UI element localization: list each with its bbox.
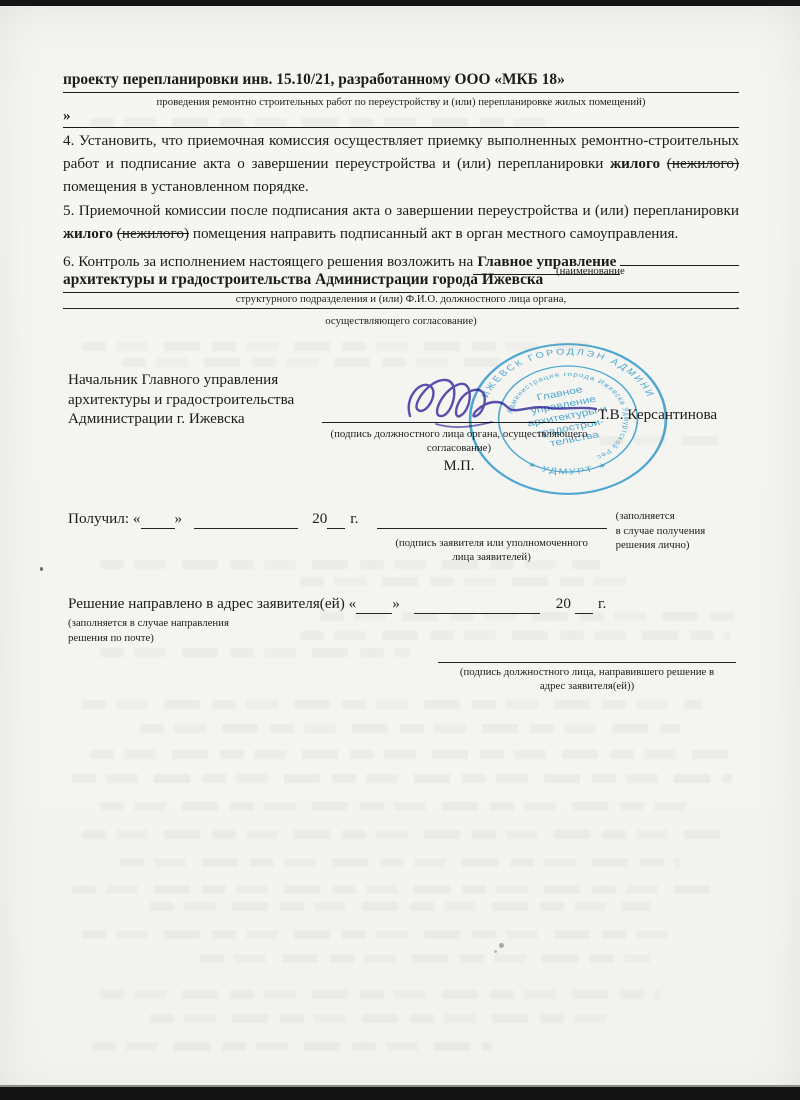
bleedthrough-artifact <box>100 990 660 999</box>
year-blank-field <box>575 594 593 614</box>
sender-signature-caption-line: (подпись должностного лица, направившего… <box>438 666 736 680</box>
bleedthrough-artifact <box>150 902 650 911</box>
bleedthrough-artifact <box>90 118 550 127</box>
sender-signature-caption-line: адрес заявителя(ей)) <box>438 680 736 694</box>
day-blank-field <box>141 509 175 529</box>
bleedthrough-artifact <box>82 930 682 939</box>
received-label: Получил: « <box>68 509 141 529</box>
bleedthrough-artifact <box>72 774 732 783</box>
bleedthrough-artifact <box>120 858 680 867</box>
project-filled-line: проекту перепланировки инв. 15.10/21, ра… <box>63 71 739 93</box>
clause-4-tail: помещения в установленном порядке. <box>63 178 309 195</box>
clause-4: 4. Установить, что приемочная комиссия о… <box>63 129 739 199</box>
bleedthrough-artifact <box>140 724 680 733</box>
year-suffix: г. <box>598 594 606 614</box>
received-note-line: (заполняется <box>616 509 734 524</box>
bleedthrough-artifact <box>92 1042 492 1051</box>
bleedthrough-artifact <box>150 1014 610 1023</box>
scan-speck <box>494 950 497 953</box>
clause-4-bold-term: жилого <box>610 155 660 172</box>
received-note-line: в случае получения <box>616 524 734 539</box>
fill-in-line <box>620 245 739 266</box>
bleedthrough-artifact <box>100 802 700 811</box>
sent-note: (заполняется в случае направления решени… <box>68 616 308 645</box>
sender-signature-line <box>438 650 736 663</box>
bleedthrough-artifact <box>300 631 730 640</box>
month-blank-field <box>414 594 540 614</box>
scan-speck <box>40 567 43 571</box>
scanned-document-page: проекту перепланировки инв. 15.10/21, ра… <box>0 0 800 1100</box>
sent-quote-close: » <box>392 594 400 614</box>
official-position-line: Администрации г. Ижевска <box>68 409 294 429</box>
scan-speck <box>499 943 504 948</box>
bleedthrough-artifact <box>82 342 602 351</box>
received-row: Получил: « » 20 г. (подпись заявителя ил… <box>68 509 744 564</box>
bleedthrough-artifact <box>100 648 410 657</box>
clause-4-struck-term: (нежилого) <box>667 155 739 172</box>
stamp-bottom-text: ✶ УДМУРТ ✶ <box>525 460 611 477</box>
official-position-line: Начальник Главного управления <box>68 370 294 390</box>
clause-5-text: 5. Приемочной комиссии после подписания … <box>63 202 739 219</box>
bleedthrough-artifact <box>300 577 630 586</box>
bleedthrough-artifact <box>600 436 730 445</box>
bleedthrough-artifact <box>320 612 735 621</box>
clause-6-filled-line-2: архитектуры и градостроительства Админис… <box>63 271 739 293</box>
handwritten-signature <box>396 364 606 434</box>
official-position-line: архитектуры и градостроительства <box>68 390 294 410</box>
clause-6-text: 6. Контроль за исполнением настоящего ре… <box>63 250 473 273</box>
sender-signature-block: (подпись должностного лица, направившего… <box>438 650 736 693</box>
sent-note-line: (заполняется в случае направления <box>68 616 308 631</box>
bleedthrough-artifact <box>82 700 702 709</box>
fill-in-line-with-period: . <box>63 293 739 309</box>
received-note: (заполняется в случае получения решения … <box>616 509 734 553</box>
sent-row: Решение направлено в адрес заявителя(ей)… <box>68 594 606 614</box>
year-suffix: г. <box>350 509 358 529</box>
applicant-signature-line <box>377 509 607 529</box>
bleedthrough-artifact <box>100 560 600 569</box>
bleedthrough-artifact <box>200 954 650 963</box>
sender-signature-caption: (подпись должностного лица, направившего… <box>438 666 736 693</box>
clause-5-bold-term: жилого <box>63 225 113 242</box>
applicant-signature-column: (подпись заявителя или уполномоченного л… <box>377 509 607 564</box>
bleedthrough-artifact <box>90 750 730 759</box>
clause-5: 5. Приемочной комиссии после подписания … <box>63 199 739 245</box>
received-quote-close: » <box>175 509 183 529</box>
bleedthrough-artifact <box>72 885 722 894</box>
bleedthrough-artifact <box>82 830 722 839</box>
bleedthrough-artifact <box>122 358 502 367</box>
month-blank-field <box>194 509 298 529</box>
official-position-block: Начальник Главного управления архитектур… <box>68 370 294 429</box>
applicant-signature-caption-line: (подпись заявителя или уполномоченного <box>377 537 607 551</box>
year-prefix: 20 <box>556 594 571 614</box>
clause-5-tail: помещения направить подписанный акт в ор… <box>193 225 679 242</box>
year-prefix: 20 <box>312 509 327 529</box>
sent-label: Решение направлено в адрес заявителя(ей)… <box>68 594 356 614</box>
scan-edge-bottom <box>0 1087 800 1100</box>
clause-5-struck-term: (нежилого) <box>117 225 189 242</box>
year-blank-field <box>327 509 345 529</box>
caption-approving: осуществляющего согласование) <box>63 315 739 329</box>
received-note-line: решения лично) <box>616 538 734 553</box>
scan-edge-top <box>0 0 800 6</box>
day-blank-field <box>356 594 392 614</box>
sent-note-line: решения по почте) <box>68 631 308 646</box>
